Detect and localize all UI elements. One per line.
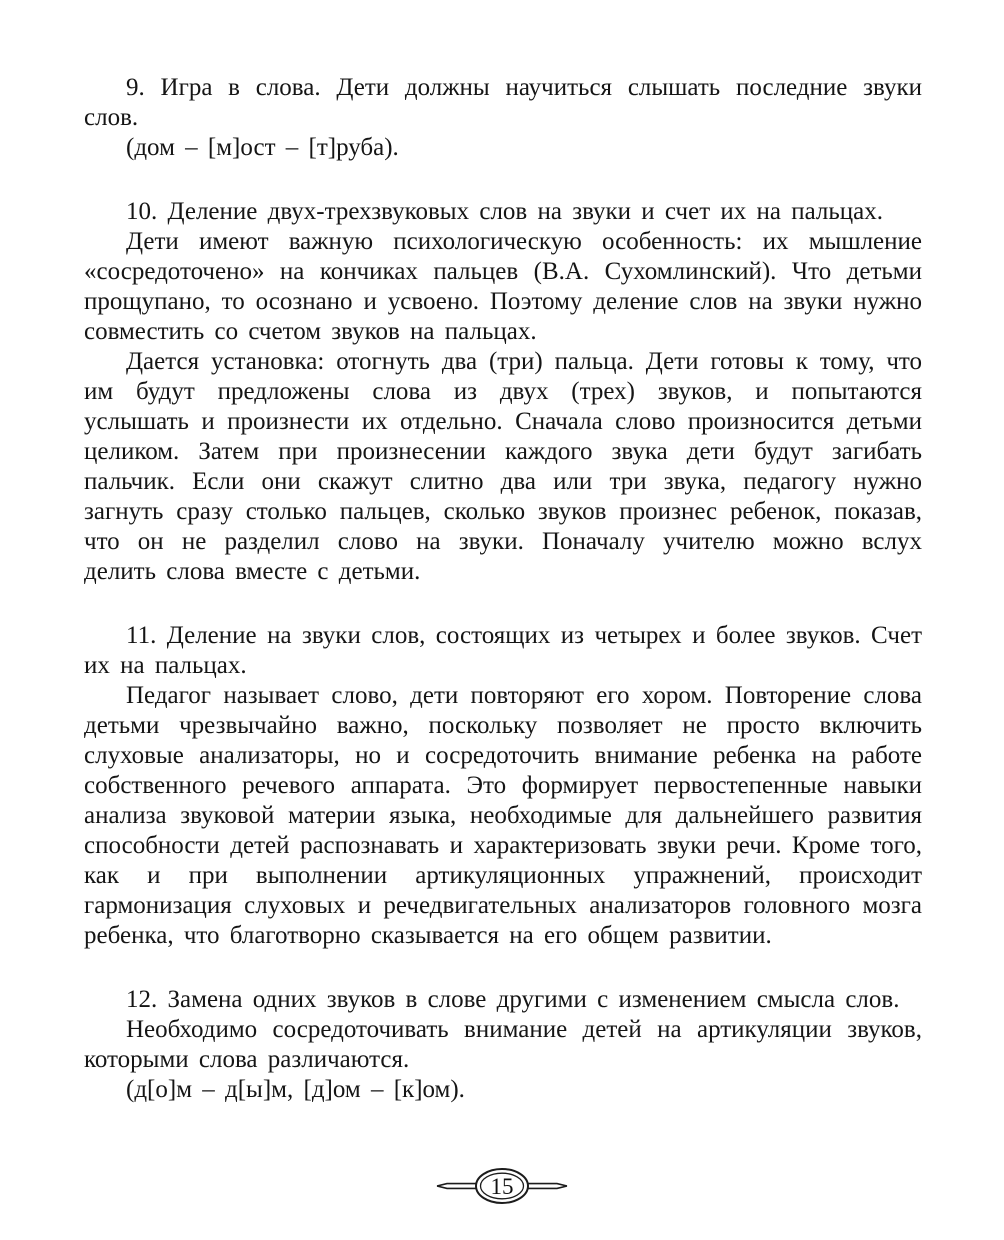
section-9-heading: 9. Игра в слова. Дети должны научиться с… [84, 73, 922, 133]
section-11-paragraph: Педагог называет слово, дети повторяют е… [84, 681, 922, 951]
section-12: 12. Замена одних звуков в слове другими … [84, 985, 922, 1105]
section-12-heading: 12. Замена одних звуков в слове другими … [84, 985, 922, 1015]
page-number-ornament-icon: 15 [432, 1164, 572, 1208]
section-11: 11. Деление на звуки слов, состоящих из … [84, 621, 922, 951]
section-11-heading: 11. Деление на звуки слов, состоящих из … [84, 621, 922, 681]
page-number: 15 [491, 1174, 514, 1199]
page-footer: 15 [0, 1164, 1004, 1208]
section-9-example: (дом – [м]ост – [т]руба). [84, 133, 922, 163]
section-12-example: (д[о]м – д[ы]м, [д]ом – [к]ом). [84, 1075, 922, 1105]
page-content: 9. Игра в слова. Дети должны научиться с… [84, 73, 922, 1105]
section-12-paragraph: Необходимо сосредоточивать внимание дете… [84, 1015, 922, 1075]
section-9: 9. Игра в слова. Дети должны научиться с… [84, 73, 922, 163]
section-10: 10. Деление двух-трехзвуковых слов на зв… [84, 197, 922, 587]
section-10-paragraph: Дается установка: отогнуть два (три) пал… [84, 347, 922, 587]
section-10-heading: 10. Деление двух-трехзвуковых слов на зв… [84, 197, 922, 227]
section-10-paragraph: Дети имеют важную психологическую особен… [84, 227, 922, 347]
